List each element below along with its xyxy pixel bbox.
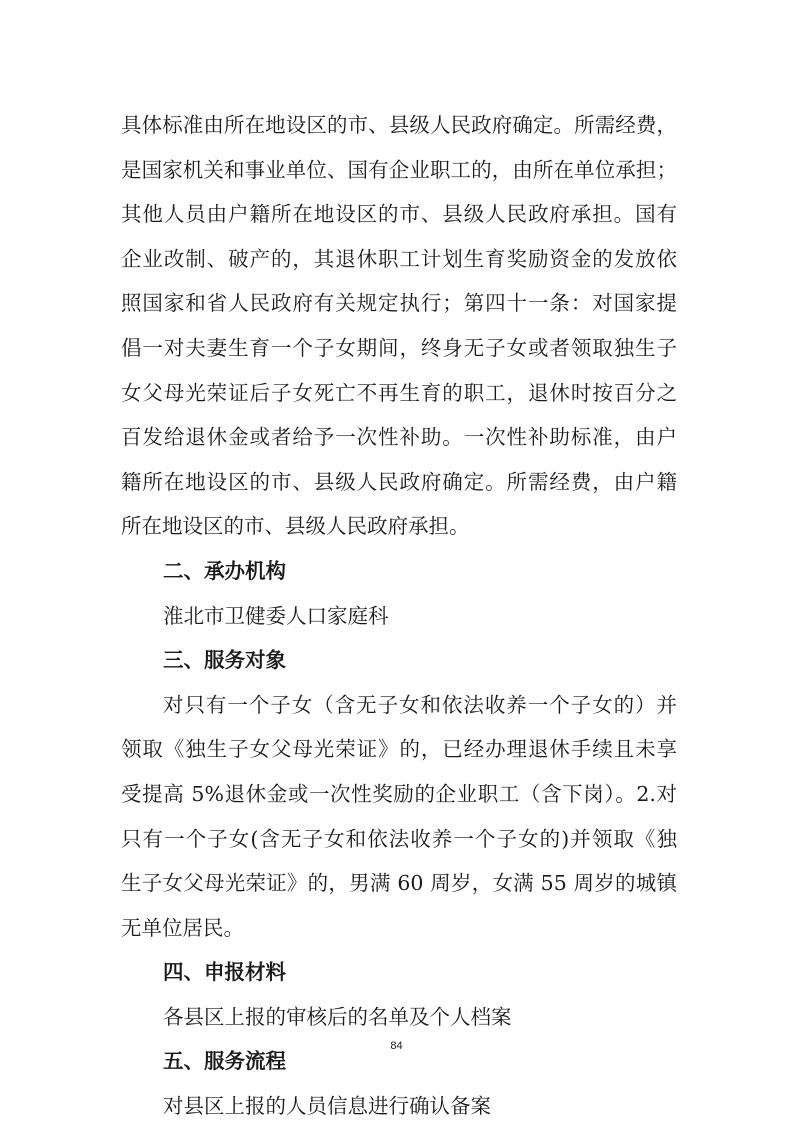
- text-line: 受提高 5%退休金或一次性奖励的企业职工（含下岗）。2.对: [121, 772, 677, 817]
- text-line: 无单位居民。: [121, 906, 677, 951]
- section-materials: 四、申报材料 各县区上报的审核后的名单及个人档案: [121, 950, 677, 1039]
- text-line: 其他人员由户籍所在地设区的市、县级人民政府承担。国有: [121, 192, 677, 237]
- document-page: 具体标准由所在地设区的市、县级人民政府确定。所需经费， 是国家机关和事业单位、国…: [121, 103, 677, 1122]
- text-line: 女父母光荣证后子女死亡不再生育的职工，退休时按百分之: [121, 371, 677, 416]
- text-line: 只有一个子女(含无子女和依法收养一个子女的)并领取《独: [121, 817, 677, 862]
- section-heading: 四、申报材料: [121, 950, 677, 995]
- text-line: 照国家和省人民政府有关规定执行；第四十一条：对国家提: [121, 281, 677, 326]
- section-body: 淮北市卫健委人口家庭科: [121, 594, 677, 639]
- text-line: 对只有一个子女（含无子女和依法收养一个子女的）并: [121, 683, 677, 728]
- text-line: 领取《独生子女父母光荣证》的，已经办理退休手续且未享: [121, 727, 677, 772]
- section-body: 各县区上报的审核后的名单及个人档案: [121, 995, 677, 1040]
- page-number: 84: [0, 1040, 793, 1052]
- section-body: 对县区上报的人员信息进行确认备案: [121, 1084, 677, 1122]
- section-heading: 三、服务对象: [121, 638, 677, 683]
- text-line: 百发给退休金或者给予一次性补助。一次性补助标准，由户: [121, 415, 677, 460]
- paragraph-continued: 具体标准由所在地设区的市、县级人民政府确定。所需经费， 是国家机关和事业单位、国…: [121, 103, 677, 549]
- text-line: 生子女父母光荣证》的，男满 60 周岁，女满 55 周岁的城镇: [121, 861, 677, 906]
- section-organizer: 二、承办机构 淮北市卫健委人口家庭科: [121, 549, 677, 638]
- text-line: 企业改制、破产的，其退休职工计划生育奖励资金的发放依: [121, 237, 677, 282]
- section-service-target: 三、服务对象 对只有一个子女（含无子女和依法收养一个子女的）并 领取《独生子女父…: [121, 638, 677, 950]
- text-line: 是国家机关和事业单位、国有企业职工的，由所在单位承担；: [121, 148, 677, 193]
- text-line: 所在地设区的市、县级人民政府承担。: [121, 504, 677, 549]
- section-heading: 二、承办机构: [121, 549, 677, 594]
- text-line: 倡一对夫妻生育一个子女期间，终身无子女或者领取独生子: [121, 326, 677, 371]
- text-line: 具体标准由所在地设区的市、县级人民政府确定。所需经费，: [121, 103, 677, 148]
- text-line: 籍所在地设区的市、县级人民政府确定。所需经费，由户籍: [121, 460, 677, 505]
